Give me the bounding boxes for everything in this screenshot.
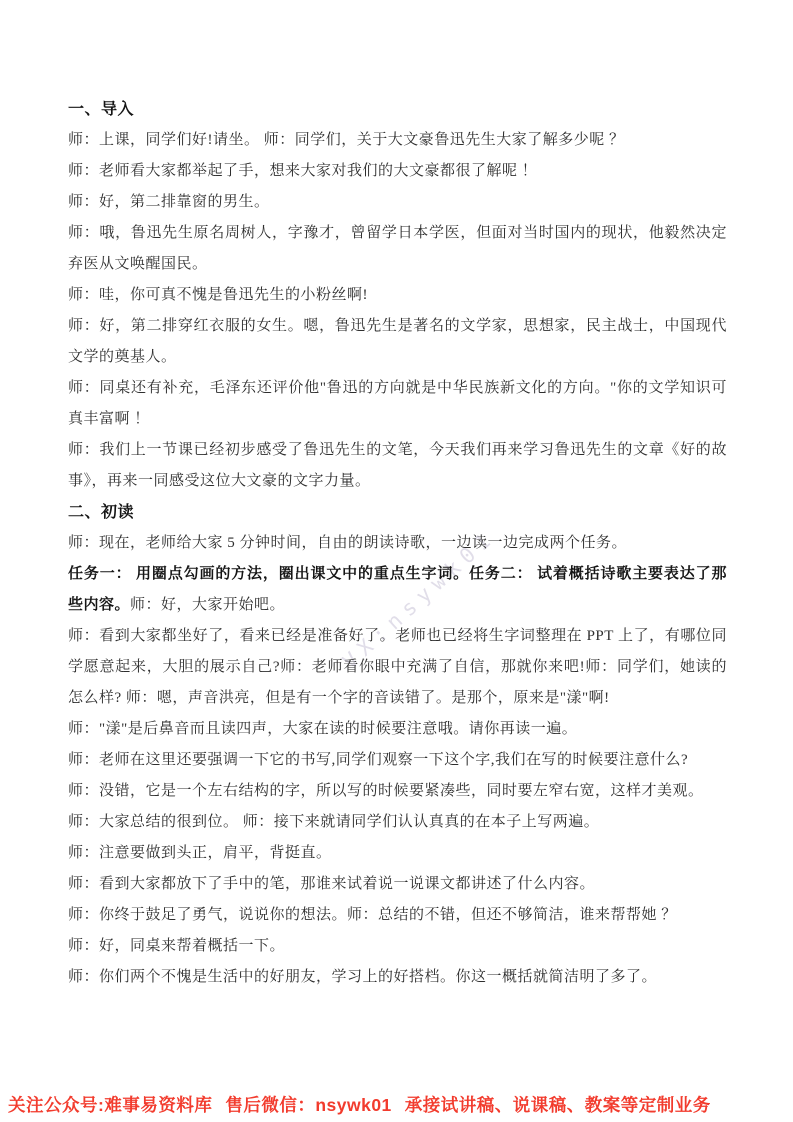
script-line-text: 师：好，大家开始吧。 — [130, 597, 285, 613]
script-line: 师：老师在这里还要强调一下它的书写,同学们观察一下这个字,我们在写的时候要注意什… — [68, 745, 727, 776]
script-line: 师：好，第二排靠窗的男生。 — [68, 187, 727, 218]
script-line: 师：我们上一节课已经初步感受了鲁迅先生的文笔，今天我们再来学习鲁迅先生的文章《好… — [68, 435, 727, 497]
script-line: 任务一： 用圈点勾画的方法，圈出课文中的重点生字词。任务二： 试着概括诗歌主要表… — [68, 559, 727, 621]
footer-segment: 承接试讲稿、说课稿、教案等定制业务 — [405, 1095, 711, 1115]
script-line: 师：哦，鲁迅先生原名周树人，字豫才，曾留学日本学医，但面对当时国内的现状，他毅然… — [68, 218, 727, 280]
promo-footer: 关注公众号:难事易资料库售后微信：nsywk01承接试讲稿、说课稿、教案等定制业… — [8, 1092, 793, 1117]
script-line: 师：老师看大家都举起了手，想来大家对我们的大文豪都很了解呢 ！ — [68, 156, 727, 187]
script-line: 师：没错，它是一个左右结构的字，所以写的时候要紧凑些，同时要左窄右宽，这样才美观… — [68, 776, 727, 807]
section-heading: 二、初读 — [68, 497, 727, 528]
script-line: 师：好，同桌来帮着概括一下。 — [68, 931, 727, 962]
lesson-script-body: 一、导入师：上课，同学们好!请坐。 师：同学们，关于大文豪鲁迅先生大家了解多少呢… — [68, 94, 727, 993]
footer-segment: 售后微信：nsywk01 — [225, 1095, 391, 1115]
document-page: VX:nsywk01 一、导入师：上课，同学们好!请坐。 师：同学们，关于大文豪… — [0, 0, 793, 1122]
script-line: 师：看到大家都放下了手中的笔，那谁来试着说一说课文都讲述了什么内容。 — [68, 869, 727, 900]
script-line: 师：看到大家都坐好了，看来已经是准备好了。老师也已经将生字词整理在 PPT 上了… — [68, 621, 727, 714]
script-line: 师：同桌还有补充，毛泽东还评价他"鲁迅的方向就是中华民族新文化的方向。"你的文学… — [68, 373, 727, 435]
script-line: 师：好，第二排穿红衣服的女生。嗯，鲁迅先生是著名的文学家，思想家，民主战士，中国… — [68, 311, 727, 373]
script-line: 师：现在，老师给大家 5 分钟时间，自由的朗读诗歌，一边读一边完成两个任务。 — [68, 528, 727, 559]
script-line: 师：上课，同学们好!请坐。 师：同学们，关于大文豪鲁迅先生大家了解多少呢 ？ — [68, 125, 727, 156]
script-line: 师：你们两个不愧是生活中的好朋友，学习上的好搭档。你这一概括就简洁明了多了。 — [68, 962, 727, 993]
section-heading: 一、导入 — [68, 94, 727, 125]
footer-segment: 关注公众号:难事易资料库 — [8, 1095, 212, 1115]
script-line: 师：注意要做到头正，肩平，背挺直。 — [68, 838, 727, 869]
script-line: 师："漾"是后鼻音而且读四声，大家在读的时候要注意哦。请你再读一遍。 — [68, 714, 727, 745]
script-line: 师：哇，你可真不愧是鲁迅先生的小粉丝啊! — [68, 280, 727, 311]
script-line: 师：大家总结的很到位。 师：接下来就请同学们认认真真的在本子上写两遍。 — [68, 807, 727, 838]
script-line: 师：你终于鼓足了勇气，说说你的想法。师：总结的不错，但还不够简洁，谁来帮帮她 ？ — [68, 900, 727, 931]
